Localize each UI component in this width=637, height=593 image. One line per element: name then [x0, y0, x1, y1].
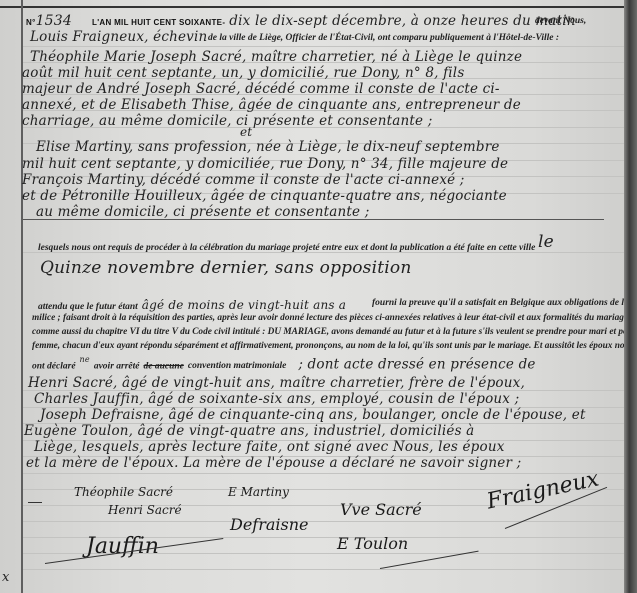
witness-line: Henri Sacré, âgé de vingt-huit ans, maît…	[28, 375, 525, 391]
formula-printed-a: attendu que le futur étant	[38, 302, 138, 312]
conjunction-et: et	[240, 125, 252, 139]
groom-line: majeur de André Joseph Sacré, décédé com…	[22, 81, 500, 97]
register-page: N°1534 L'AN MIL HUIT CENT SOIXANTE- dix …	[0, 0, 624, 593]
publication-printed: lesquels nous ont requis de procéder à l…	[38, 243, 535, 253]
groom-line: Théophile Marie Joseph Sacré, maître cha…	[30, 49, 522, 65]
printed-year: L'AN MIL HUIT CENT SOIXANTE-	[92, 18, 225, 27]
signature-defraisne: Defraisne	[230, 515, 309, 534]
witness-line: Charles Jauffin, âgé de soixante-six ans…	[34, 391, 519, 407]
groom-line: août mil huit cent septante, un, y domic…	[22, 65, 464, 81]
witness-line: Liège, lesquels, après lecture faite, on…	[34, 439, 505, 455]
formula-line-5: ont déclaré ne avoir arrêté de aucune co…	[32, 355, 536, 373]
bride-line: au même domicile, ci présente et consent…	[36, 204, 369, 220]
signature-henri-sacre: Henri Sacré	[108, 503, 182, 517]
formula-line-4: femme, chacun d'eux ayant répondu séparé…	[32, 341, 633, 351]
formula-struck-text: de aucune	[144, 361, 184, 371]
witness-line: Joseph Defraisne, âgé de cinquante-cinq …	[40, 407, 586, 423]
formula-line-2: milice ; faisant droit à la réquisition …	[32, 313, 630, 323]
formula-handwritten-acte: ; dont acte dressé en présence de	[298, 356, 535, 372]
publication-handwritten-date: Quinze novembre dernier, sans opposition	[40, 258, 412, 278]
bride-line: Elise Martiny, sans profession, née à Li…	[36, 139, 500, 155]
formula-handwritten-age: âgé de moins de vingt-huit ans a	[142, 298, 346, 312]
ruled-line	[23, 569, 624, 570]
formula-printed-convention: convention matrimoniale	[188, 361, 286, 371]
formula-printed-avoir: avoir arrêté	[94, 361, 140, 371]
act-number: 1534	[36, 13, 72, 29]
signature-toulon: E Toulon	[337, 534, 408, 553]
act-number-prefix: N°	[26, 18, 36, 27]
groom-line: annexé, et de Elisabeth Thise, âgée de c…	[22, 97, 521, 113]
margin-note: x	[2, 570, 9, 585]
printed-devant: devant Nous,	[535, 16, 586, 26]
page-binding-edge	[624, 0, 637, 593]
handwritten-officer: Louis Fraigneux, échevin	[30, 29, 207, 45]
handwritten-date: dix le dix-sept décembre, à onze heures …	[229, 13, 575, 29]
formula-line-1: attendu que le futur étant âgé de moins …	[38, 296, 346, 314]
formula-printed-b: fourni la preuve qu'il a satisfait en Be…	[372, 298, 629, 308]
top-border-rule	[0, 6, 624, 8]
witness-line: et la mère de l'époux. La mère de l'épou…	[26, 455, 521, 471]
ruled-line	[23, 473, 624, 474]
margin-dash	[28, 502, 42, 503]
formula-hw-ne: ne	[80, 355, 90, 364]
signature-mother-groom: Vve Sacré	[340, 500, 422, 519]
witness-line: Eugène Toulon, âgé de vingt-quatre ans, …	[24, 423, 474, 439]
signature-groom: Théophile Sacré	[74, 485, 173, 499]
publication-handwritten-le: le	[538, 232, 554, 252]
groom-line: charriage, au même domicile, ci présente…	[22, 113, 432, 129]
bride-line: François Martiny, décédé comme il conste…	[22, 172, 465, 188]
printed-officer: de la ville de Liège, Officier de l'État…	[208, 33, 559, 43]
bride-line: mil huit cent septante, y domiciliée, ru…	[22, 156, 508, 172]
ruled-line	[23, 521, 624, 522]
signature-bride: E Martiny	[228, 485, 289, 499]
formula-printed-declare: ont déclaré	[32, 361, 76, 371]
bride-line: et de Pétronille Houilleux, âgée de cinq…	[22, 188, 507, 204]
ruled-line	[23, 46, 624, 47]
header-line-2: Louis Fraigneux, échevin	[30, 28, 207, 46]
formula-line-3: comme aussi du chapitre VI du titre V du…	[32, 327, 636, 337]
